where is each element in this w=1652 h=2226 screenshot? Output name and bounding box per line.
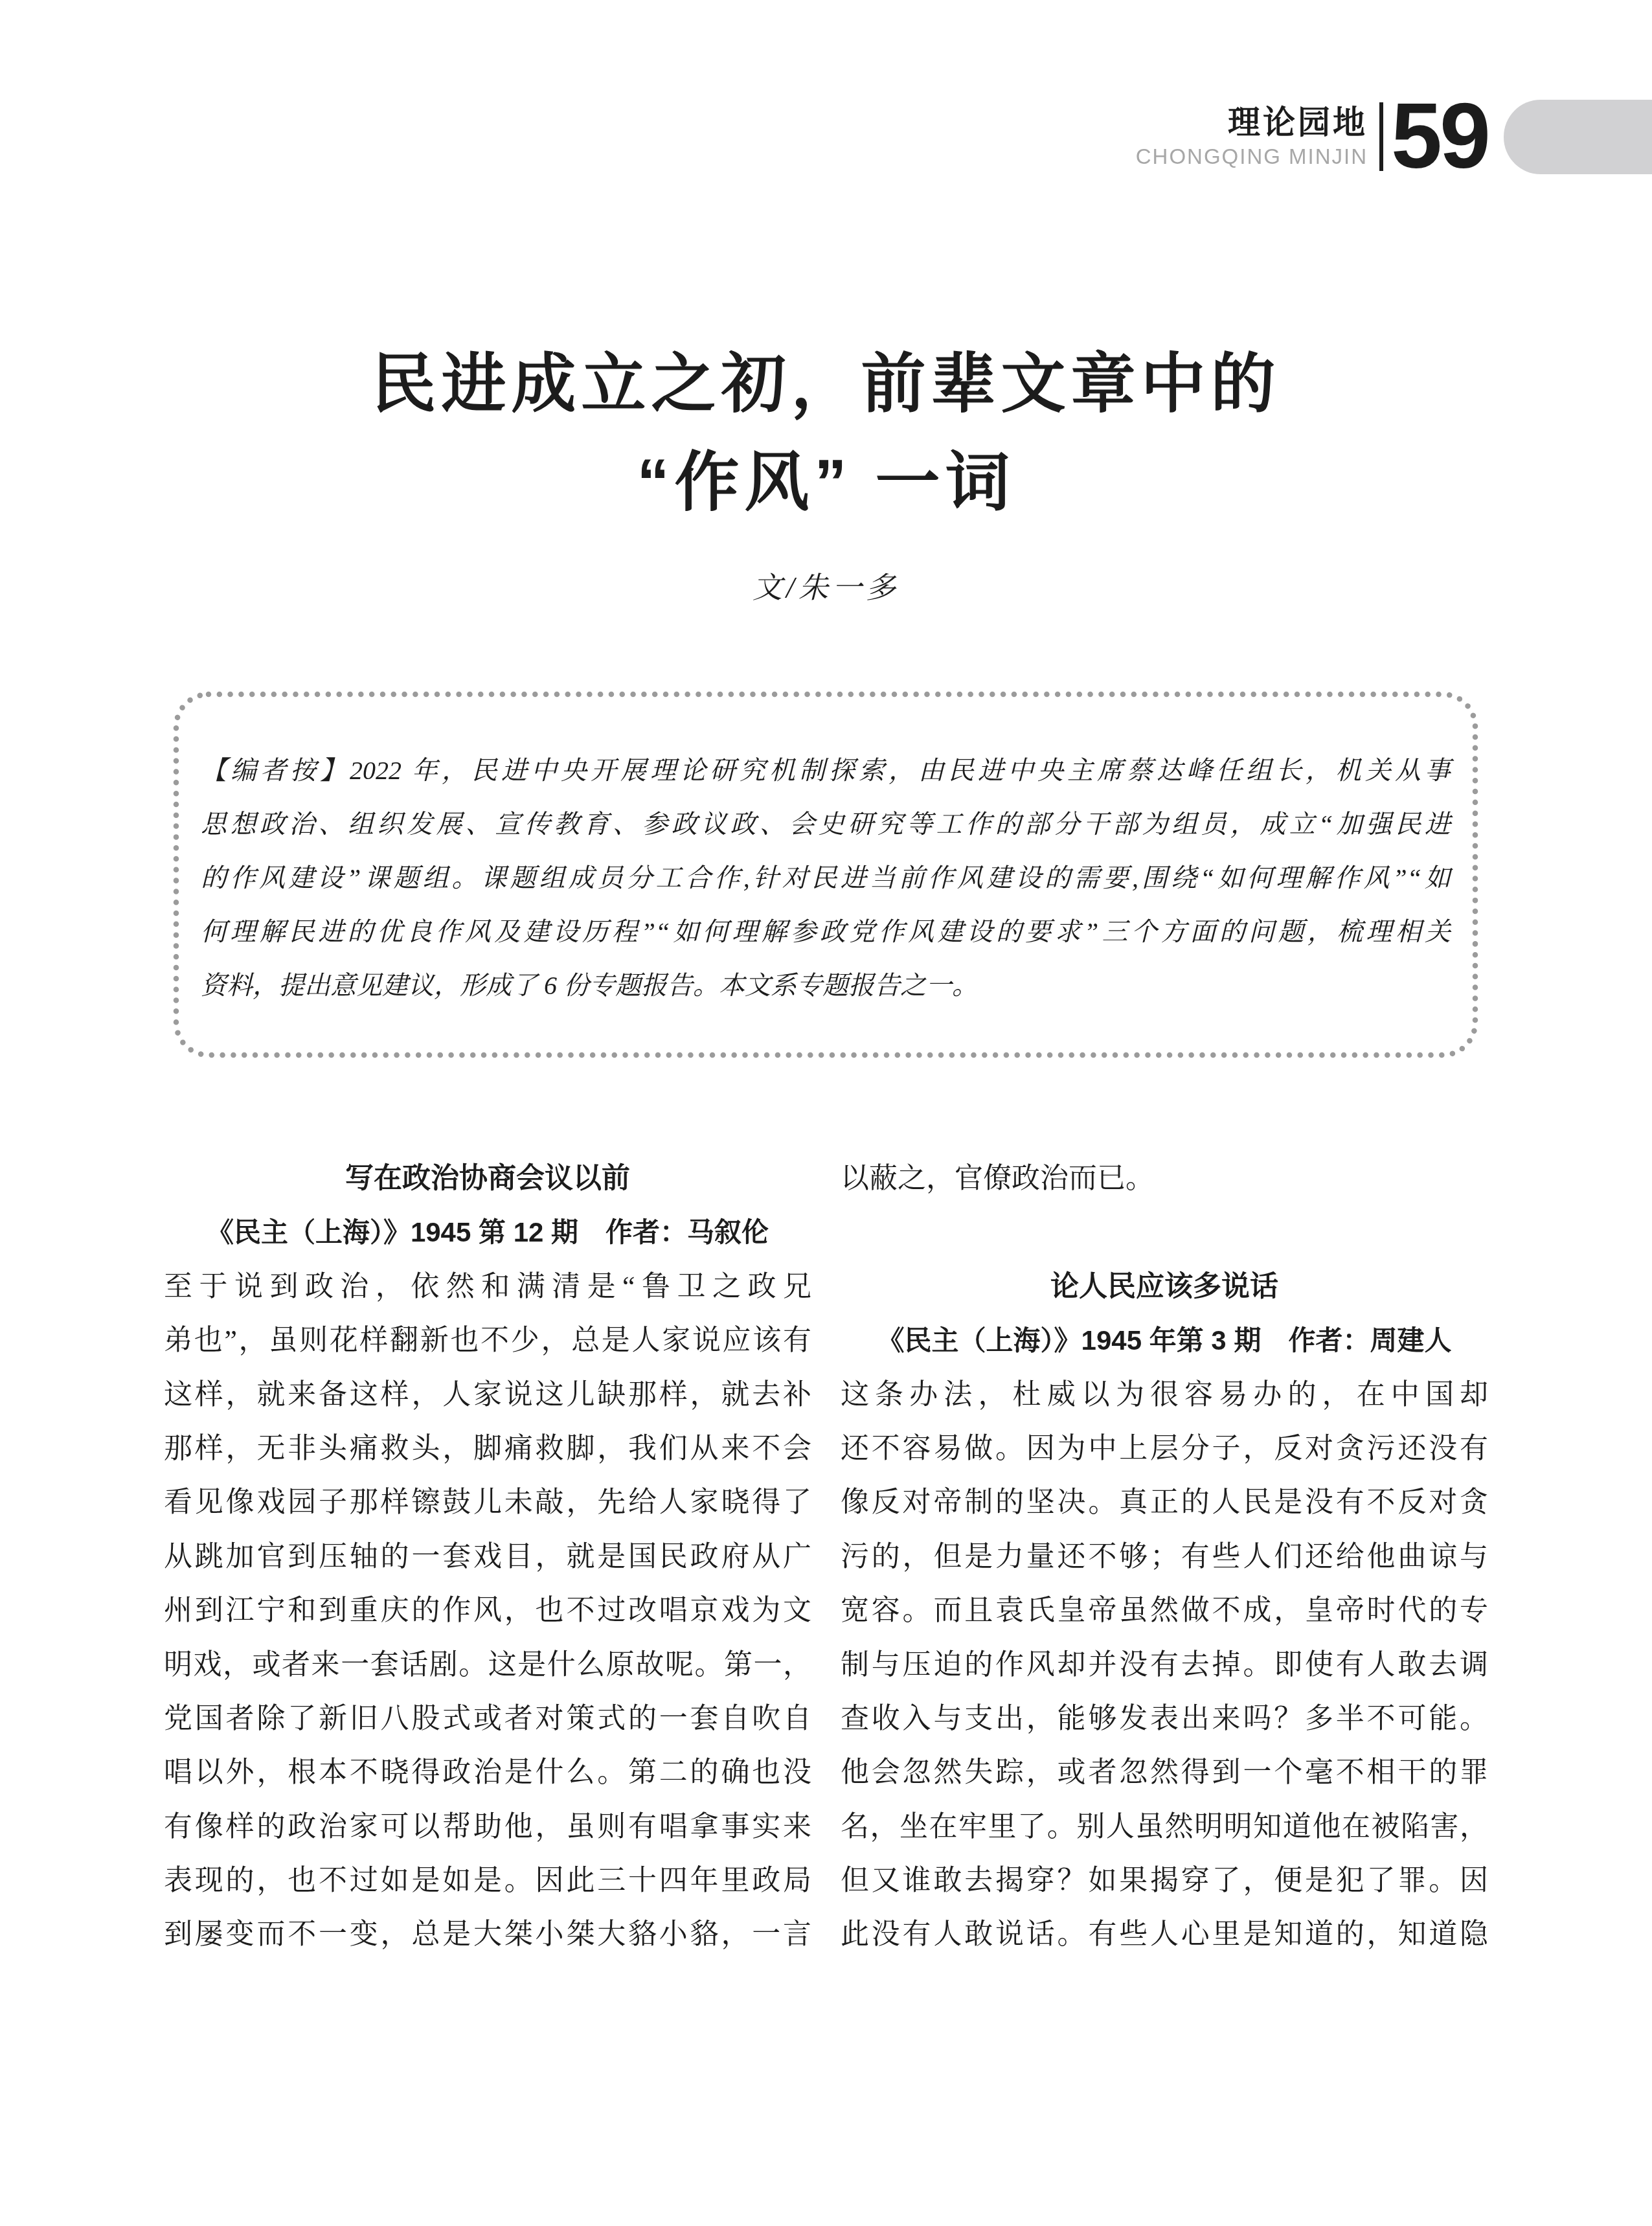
- editor-note-line: 思想政治、组织发展、宣传教育、参政议政、会史研究等工作的部分干部为组员，成立“加…: [201, 797, 1451, 851]
- body-text-line: 像反对帝制的坚决。真正的人民是没有不反对贪: [841, 1475, 1488, 1529]
- article-title-line-2: “作风” 一词: [0, 433, 1652, 532]
- continuation-line: 以蔽之，官僚政治而已。: [841, 1152, 1488, 1205]
- body-text-line: 有像样的政治家可以帮助他，虽则有唱拿事实来: [164, 1800, 811, 1854]
- body-text-line: 宽容。而且袁氏皇帝虽然做不成，皇帝时代的专: [841, 1584, 1488, 1637]
- body-text-line: 至于说到政治，依然和满清是“鲁卫之政兄: [164, 1260, 811, 1313]
- article-title-line-1: 民进成立之初，前辈文章中的: [0, 335, 1652, 433]
- header-titles: 理论园地 CHONGQING MINJIN: [1136, 106, 1368, 167]
- body-text-line: 唱以外，根本不晓得政治是什么。第二的确也没: [164, 1745, 811, 1799]
- body-text-line: 党国者除了新旧八股式或者对策式的一套自吹自: [164, 1692, 811, 1745]
- corner-decoration-block: [1504, 100, 1652, 174]
- editor-note-line: 资料，提出意见建议，形成了 6 份专题报告。本文系专题报告之一。: [201, 959, 1451, 1012]
- body-text-line: 名，坐在牢里了。别人虽然明明知道他在被陷害，: [841, 1800, 1488, 1854]
- left-article-body: 至于说到政治，依然和满清是“鲁卫之政兄弟也”，虽则花样翻新也不少，总是人家说应该…: [164, 1260, 811, 1962]
- body-text-line: 州到江宁和到重庆的作风，也不过改唱京戏为文: [164, 1584, 811, 1637]
- body-text-line: 这条办法，杜威以为很容易办的，在中国却: [841, 1368, 1488, 1422]
- body-text-line: 这样，就来备这样，人家说这儿缺那样，就去补: [164, 1368, 811, 1422]
- right-article-heading: 论人民应该多说话: [841, 1260, 1488, 1313]
- body-text-line: 弟也”，虽则花样翻新也不少，总是人家说应该有: [164, 1313, 811, 1367]
- body-text-line: 到屡变而不一变，总是大桀小桀大貉小貉，一言: [164, 1907, 811, 1961]
- editor-note-text: 【编者按】2022 年，民进中央开展理论研究机制探索，由民进中央主席蔡达峰任组长…: [201, 744, 1451, 1012]
- editor-note-line: 何理解民进的优良作风及建设历程”“如何理解参政党作风建设的要求”三个方面的问题，…: [201, 905, 1451, 959]
- page-number: 59: [1391, 99, 1488, 174]
- article-title: 民进成立之初，前辈文章中的 “作风” 一词: [0, 335, 1652, 532]
- right-article-source: 《民主（上海）》1945 年第 3 期 作者：周建人: [841, 1313, 1488, 1367]
- body-text-line: 制与压迫的作风却并没有去掉。即使有人敢去调: [841, 1638, 1488, 1692]
- editor-note-line: 【编者按】2022 年，民进中央开展理论研究机制探索，由民进中央主席蔡达峰任组长…: [201, 744, 1451, 797]
- body-text-line: 那样，无非头痛救头，脚痛救脚，我们从来不会: [164, 1422, 811, 1475]
- body-text-line: 从跳加官到压轴的一套戏目，就是国民政府从广: [164, 1530, 811, 1584]
- page-header: 理论园地 CHONGQING MINJIN 59: [1136, 97, 1652, 176]
- body-text-line: 污的，但是力量还不够；有些人们还给他曲谅与: [841, 1530, 1488, 1584]
- body-text-line: 但又谁敢去揭穿？如果揭穿了，便是犯了罪。因: [841, 1854, 1488, 1907]
- body-text-line: 表现的，也不过如是如是。因此三十四年里政局: [164, 1854, 811, 1907]
- body-text-line: 明戏，或者来一套话剧。这是什么原故呢。第一，: [164, 1638, 811, 1692]
- byline: 文/朱一多: [0, 569, 1652, 608]
- journal-name: CHONGQING MINJIN: [1136, 146, 1368, 167]
- body-text-line: 看见像戏园子那样镲鼓儿未敲，先给人家晓得了: [164, 1475, 811, 1529]
- body-text-line: 他会忽然失踪，或者忽然得到一个毫不相干的罪: [841, 1745, 1488, 1799]
- left-column: 写在政治协商会议以前 《民主（上海）》1945 第 12 期 作者：马叙伦 至于…: [164, 1152, 811, 1962]
- left-article-heading: 写在政治协商会议以前: [164, 1152, 811, 1205]
- article-columns: 写在政治协商会议以前 《民主（上海）》1945 第 12 期 作者：马叙伦 至于…: [164, 1152, 1488, 1962]
- body-text-line: 查收入与支出，能够发表出来吗？多半不可能。: [841, 1692, 1488, 1745]
- editor-note-box: 【编者按】2022 年，民进中央开展理论研究机制探索，由民进中央主席蔡达峰任组长…: [172, 690, 1479, 1059]
- right-column: 以蔽之，官僚政治而已。 论人民应该多说话 《民主（上海）》1945 年第 3 期…: [841, 1152, 1488, 1962]
- body-text-line: 此没有人敢说话。有些人心里是知道的，知道隐: [841, 1907, 1488, 1961]
- right-article-body: 这条办法，杜威以为很容易办的，在中国却还不容易做。因为中上层分子，反对贪污还没有…: [841, 1368, 1488, 1962]
- body-text-line: 还不容易做。因为中上层分子，反对贪污还没有: [841, 1422, 1488, 1475]
- editor-note-line: 的作风建设”课题组。课题组成员分工合作,针对民进当前作风建设的需要,围绕“如何理…: [201, 851, 1451, 905]
- left-article-source: 《民主（上海）》1945 第 12 期 作者：马叙伦: [164, 1205, 811, 1259]
- header-divider: [1379, 102, 1383, 171]
- section-title: 理论园地: [1136, 106, 1368, 139]
- magazine-page: 理论园地 CHONGQING MINJIN 59 民进成立之初，前辈文章中的 “…: [0, 0, 1652, 2226]
